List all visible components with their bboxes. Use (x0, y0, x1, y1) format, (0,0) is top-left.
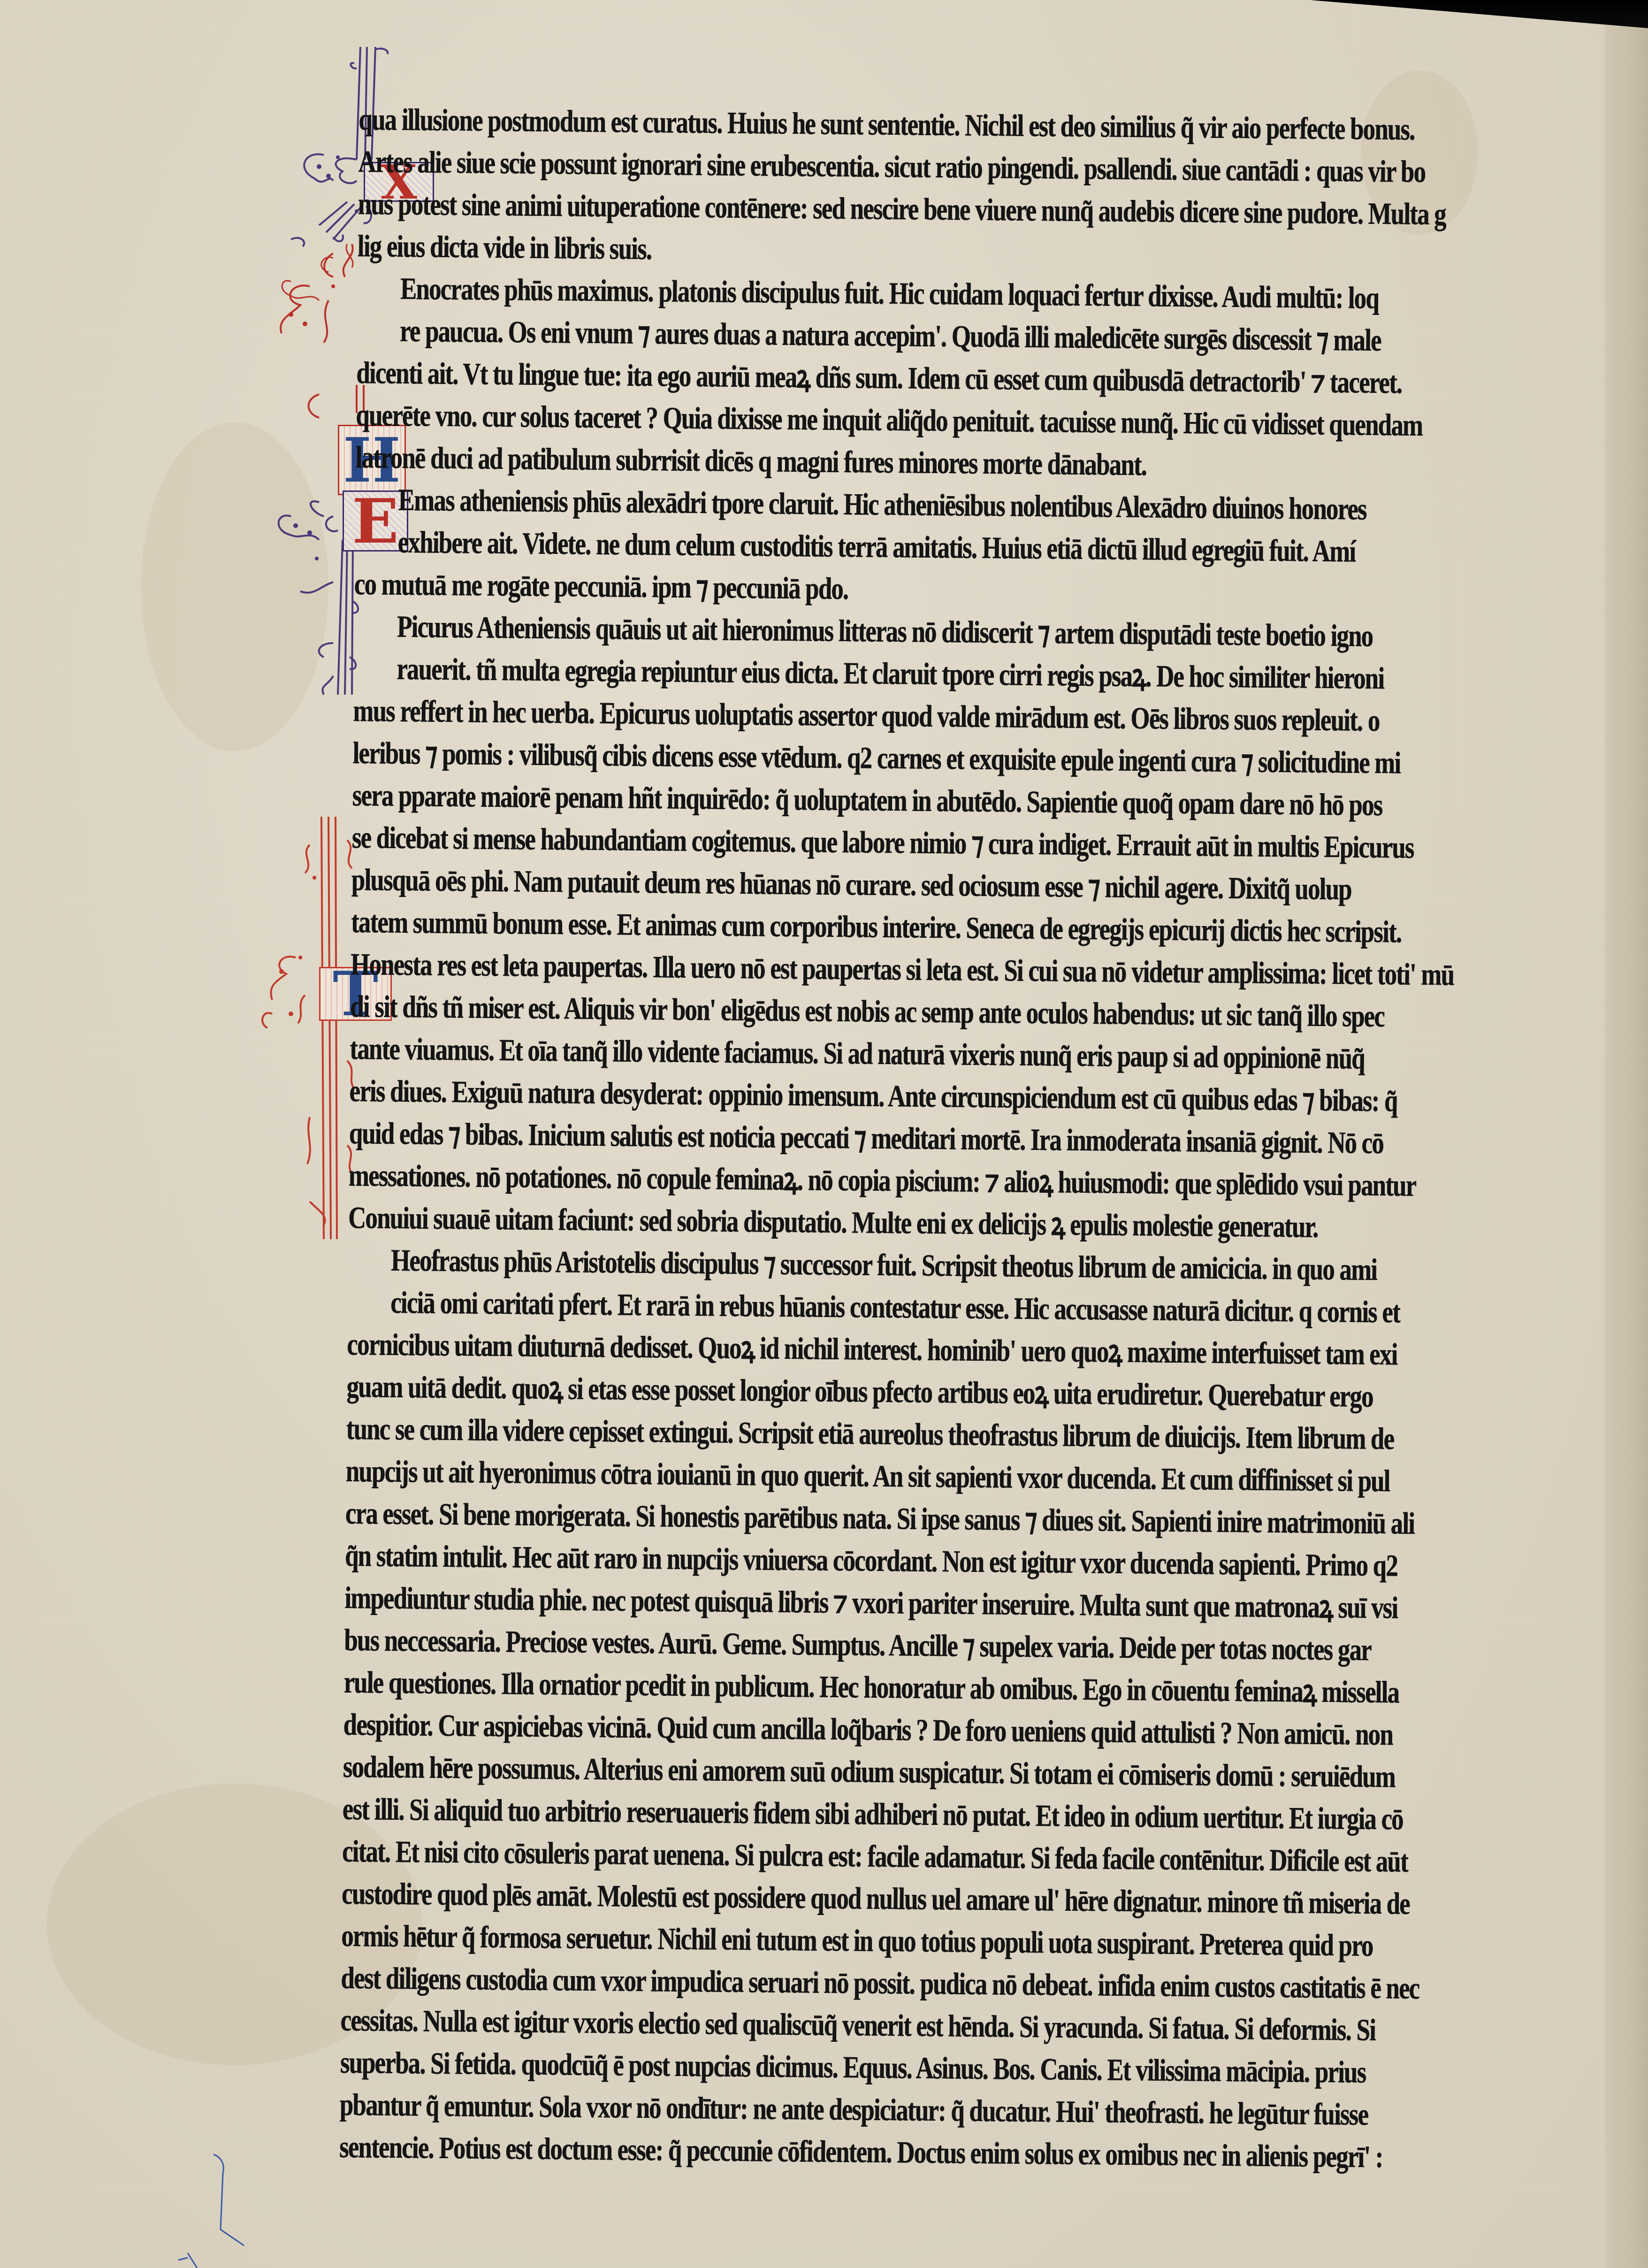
pen-scribble-annotation (141, 2145, 244, 2268)
page-edge (1605, 23, 1648, 2268)
main-text-block: qua illusione postmodum est curatus. Hui… (339, 99, 1598, 2222)
